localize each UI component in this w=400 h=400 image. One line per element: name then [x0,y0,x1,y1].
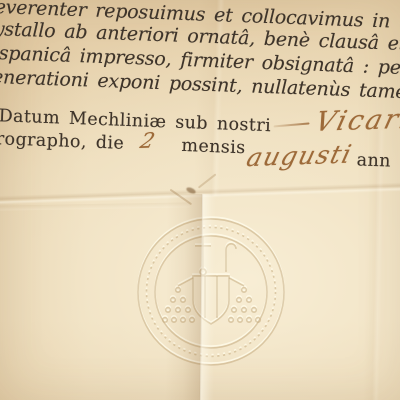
handwritten-month: augusti [244,139,356,172]
printed-text: irographo, die [0,129,125,154]
relic-document-photo: blind embossed circular seal: episcopal … [0,0,400,400]
printed-text: ann [356,150,391,171]
handwritten-day: 2 [138,128,157,153]
document-text-block: everenter reposuimus et collocavimus int… [0,0,400,246]
printed-text: mensis [181,136,246,158]
pen-flourish [273,122,309,127]
